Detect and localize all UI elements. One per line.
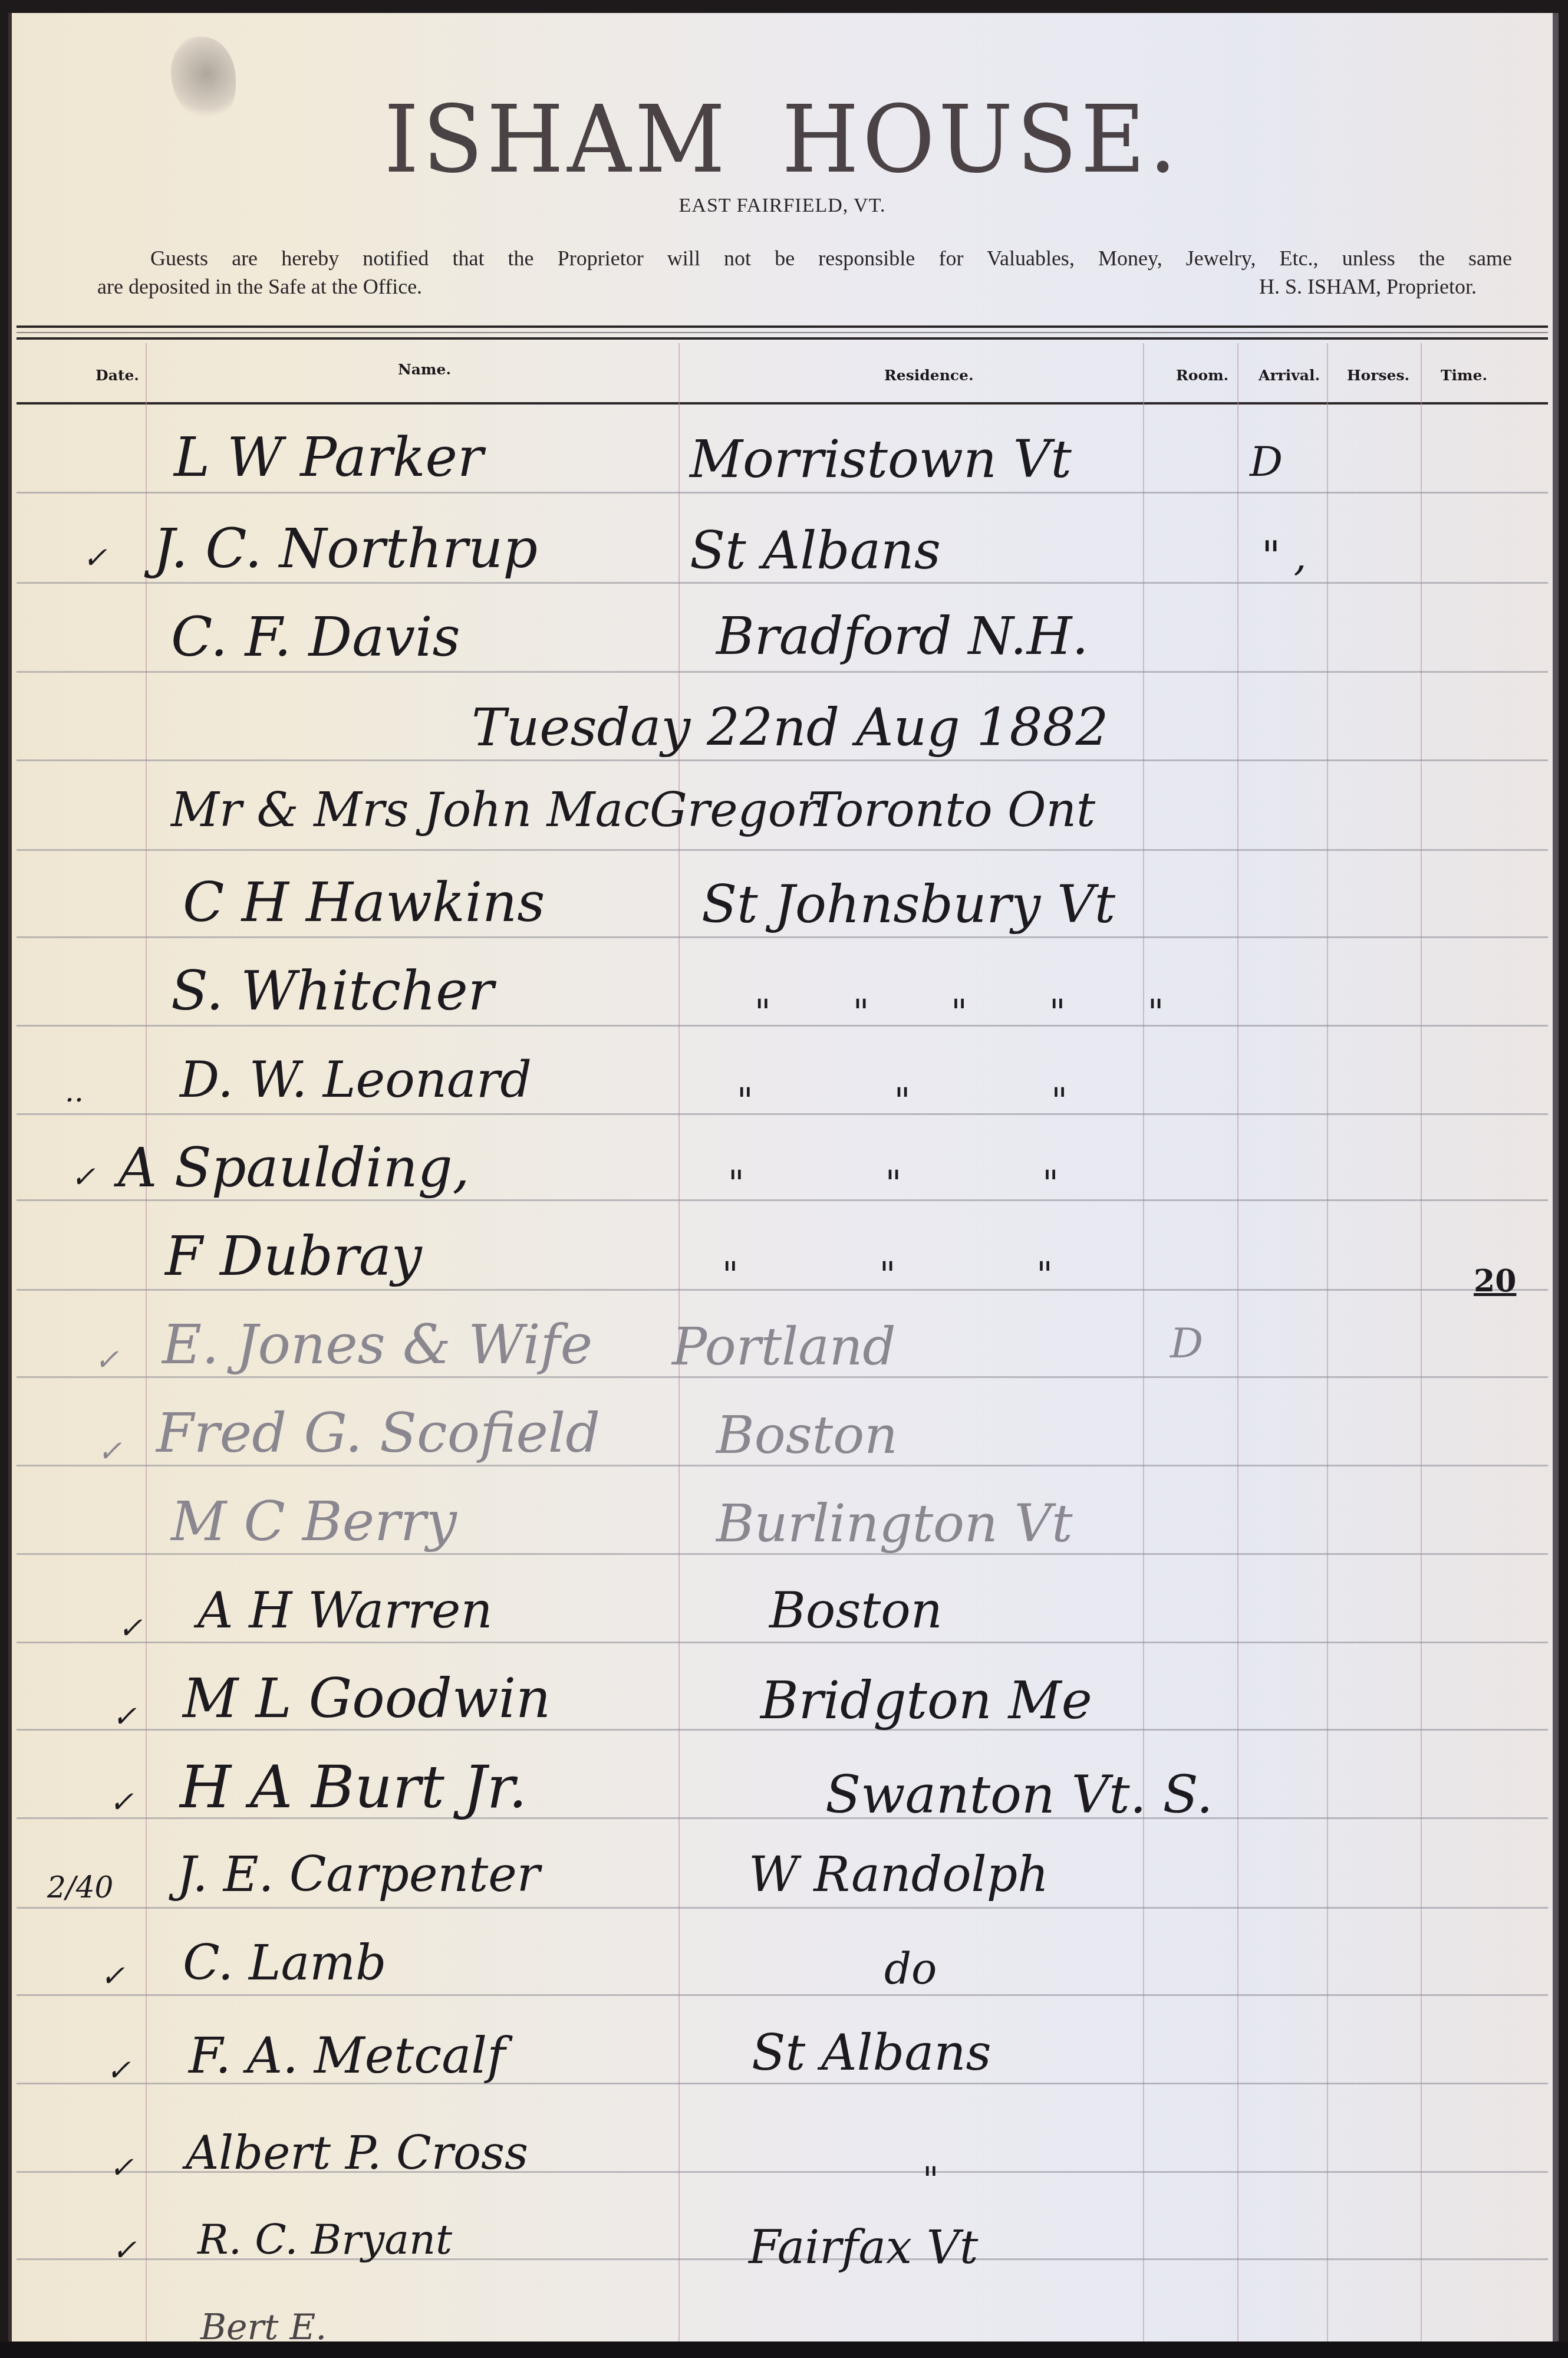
column-header-residence: Residence. [884, 367, 974, 384]
entry-residence: St Albans [690, 520, 941, 581]
entry-name: F. A. Metcalf [189, 2027, 505, 2084]
entry-name: M L Goodwin [183, 1667, 551, 1730]
entry-residence: Boston [769, 1581, 943, 1639]
entry-name: J. C. Northrup [153, 517, 538, 580]
entry-checkmark: ✓ [83, 541, 107, 575]
entry-residence-ditto: " " " " " [755, 992, 1199, 1033]
entry-name: J. E. Carpenter [177, 1847, 540, 1903]
entry-checkmark: ✓ [109, 1785, 134, 1819]
entry-date-mark: .. [65, 1074, 84, 1109]
entry-residence: W Randolph [749, 1847, 1049, 1903]
notice-text: Guests are hereby notified that the Prop… [97, 244, 1547, 301]
entry-residence: Toronto Ont [808, 782, 1095, 837]
entry-name: A H Warren [197, 1581, 493, 1639]
entry-name: S. Whitcher [171, 959, 494, 1022]
entry-checkmark: ✓ [71, 1160, 95, 1194]
column-header-arrival: Arrival. [1259, 367, 1320, 384]
entry-checkmark: ✓ [106, 2053, 131, 2087]
entry-name: F Dubray [165, 1225, 422, 1288]
row-rule [17, 1907, 1548, 1909]
header-rule-top-2 [17, 332, 1548, 333]
notice-line-2-row: are deposited in the Safe at the Office.… [97, 272, 1477, 301]
entry-residence: Morristown Vt [690, 429, 1072, 489]
entry-residence-ditto: " [923, 2159, 939, 2201]
column-divider-arrival [1327, 343, 1328, 2351]
column-header-room: Room. [1176, 367, 1228, 384]
header-rule-bottom [17, 402, 1548, 404]
entry-residence: Fairfax Vt [749, 2221, 978, 2274]
book-edge [0, 2341, 1568, 2358]
row-rule [17, 671, 1548, 673]
entry-checkmark: ✓ [97, 1434, 122, 1468]
entry-residence: Bradford N.H. [716, 606, 1089, 666]
entry-time: 20 [1474, 1263, 1516, 1299]
entry-residence-ditto: " " " [728, 1163, 1124, 1204]
row-rule [17, 582, 1548, 584]
entry-name: A Spaulding, [118, 1136, 470, 1199]
entry-residence: Burlington Vt [716, 1493, 1073, 1554]
row-rule [17, 1642, 1548, 1643]
entry-checkmark: ✓ [100, 1959, 125, 1993]
entry-name: C H Hawkins [183, 871, 545, 934]
row-rule [17, 936, 1548, 938]
entry-name: Fred G. Scofield [156, 1402, 600, 1465]
entry-residence: Portland [672, 1316, 896, 1377]
column-divider-horses [1421, 343, 1422, 2351]
column-divider-room [1237, 343, 1238, 2351]
entry-name: Mr & Mrs John MacGregor [171, 782, 819, 837]
entry-arrival: " , [1261, 532, 1307, 580]
entry-residence: Boston [716, 1405, 898, 1465]
page-title: ISHAMHOUSE. [12, 86, 1553, 194]
title-word-isham: ISHAM [384, 86, 729, 194]
entry-checkmark: ✓ [112, 1699, 137, 1734]
column-header-horses: Horses. [1347, 367, 1409, 384]
entry-name: C. Lamb [183, 1935, 387, 1991]
ledger-page: ISHAMHOUSE. EAST FAIRFIELD, VT. Guests a… [8, 13, 1559, 2351]
row-rule [17, 849, 1548, 851]
entry-residence-ditto: " " " [722, 1254, 1118, 1295]
entry-residence-ditto: " " " [737, 1080, 1132, 1122]
column-header-time: Time. [1441, 367, 1487, 384]
entry-name: R. C. Bryant [197, 2215, 452, 2264]
row-rule [17, 1994, 1548, 1996]
column-divider-date [146, 343, 147, 2351]
entry-name: C. F. Davis [171, 606, 460, 669]
entry-checkmark: ✓ [118, 1611, 143, 1645]
entry-residence: do [884, 1944, 937, 1994]
notice-line-1: Guests are hereby notified that the Prop… [97, 244, 1512, 272]
row-rule [17, 492, 1548, 494]
column-header-date: Date. [95, 367, 139, 384]
entry-arrival: D [1170, 1319, 1203, 1367]
column-divider-residence [1143, 343, 1144, 2351]
location-subtitle: EAST FAIRFIELD, VT. [12, 195, 1553, 217]
entry-arrival: D [1250, 438, 1283, 486]
title-word-house: HOUSE. [782, 86, 1180, 194]
entry-checkmark: ✓ [109, 2150, 134, 2185]
entry-name: L W Parker [174, 426, 483, 489]
entry-residence: St Johnsbury Vt [701, 874, 1115, 935]
entry-date: 2/40 [47, 1870, 113, 1905]
row-rule [17, 759, 1548, 761]
header-rule-top-3 [17, 337, 1548, 340]
entry-checkmark: ✓ [94, 1343, 119, 1377]
entry-checkmark: ✓ [112, 2233, 137, 2267]
column-header-name: Name. [398, 361, 451, 378]
notice-line-2: are deposited in the Safe at the Office. [97, 272, 422, 301]
header-rule-top-1 [17, 325, 1548, 328]
entry-name: M C Berry [171, 1490, 457, 1553]
entry-residence: Swanton Vt. S. [825, 1764, 1213, 1825]
entry-residence: Bridgton Me [760, 1670, 1092, 1731]
entry-name: Albert P. Cross [186, 2127, 528, 2180]
entry-name: E. Jones & Wife [162, 1313, 592, 1376]
entry-name: H A Burt Jr. [180, 1752, 527, 1821]
date-line: Tuesday 22nd Aug 1882 [472, 697, 1109, 758]
entry-residence: St Albans [752, 2024, 991, 2081]
entry-name: D. W. Leonard [180, 1051, 532, 1109]
proprietor-signature: H. S. ISHAM, Proprietor. [1259, 272, 1477, 301]
